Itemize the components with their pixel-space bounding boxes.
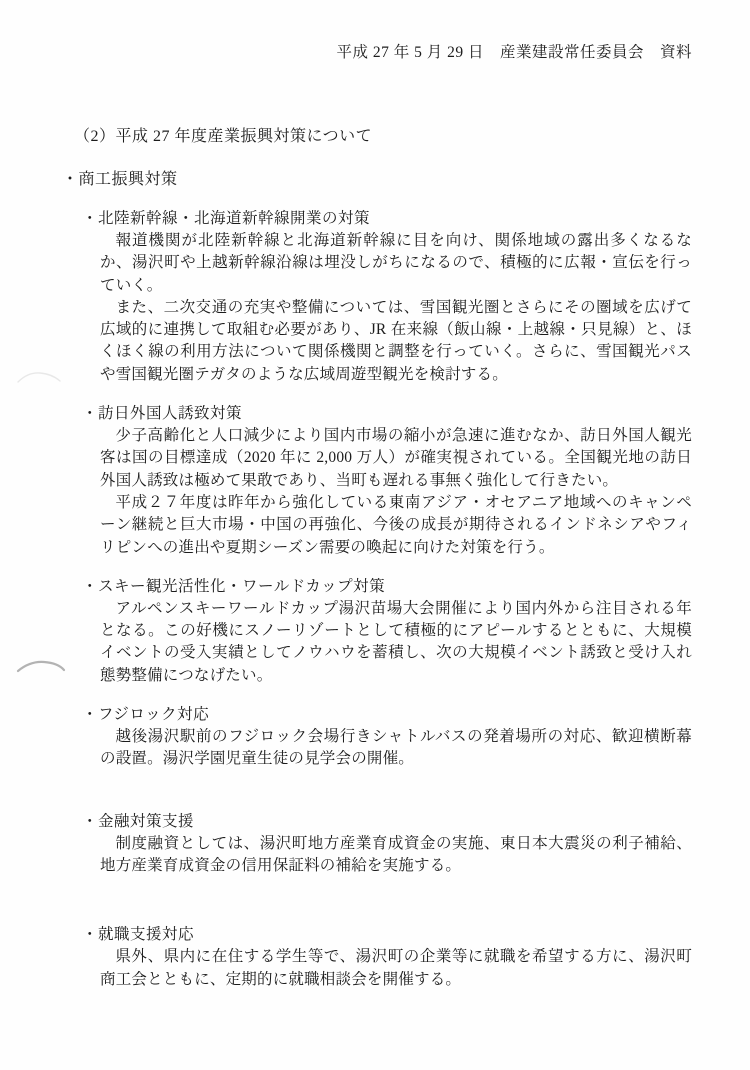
subsection-heading: ・就職支援対応 xyxy=(82,924,692,946)
body-paragraph: 平成２７年度は昨年から強化している東南アジア・オセアニア地域へのキャンペーン継続… xyxy=(100,492,692,559)
subsection-heading: ・スキー観光活性化・ワールドカップ対策 xyxy=(82,576,692,598)
body-paragraph: 越後湯沢駅前のフジロック会場行きシャトルバスの発着場所の対応、歓迎横断幕の設置。… xyxy=(100,726,692,771)
body-paragraph: 制度融資としては、湯沢町地方産業育成資金の実施、東日本大震災の利子補給、地方産業… xyxy=(100,833,692,878)
subsection-heading: ・金融対策支援 xyxy=(82,811,692,833)
scan-smudge-artifact xyxy=(14,368,66,390)
subsection-inbound-tourism: ・訪日外国人誘致対策 少子高齢化と人口減少により国内市場の縮小が急速に進むなか、… xyxy=(60,403,692,559)
subsection-heading: ・北陸新幹線・北海道新幹線開業の対策 xyxy=(82,208,692,230)
document-page: 平成 27 年 5 月 29 日 産業建設常任委員会 資料 （2）平成 27 年… xyxy=(0,0,750,1070)
body-paragraph: 県外、県内に在住する学生等で、湯沢町の企業等に就職を希望する方に、湯沢町商工会と… xyxy=(100,946,692,991)
body-paragraph: 少子高齢化と人口減少により国内市場の縮小が急速に進むなか、訪日外国人観光客は国の… xyxy=(100,425,692,492)
body-paragraph: また、二次交通の充実や整備については、雪国観光圏とさらにその圏域を広げて広域的に… xyxy=(100,297,692,386)
subsection-heading: ・フジロック対応 xyxy=(82,704,692,726)
body-paragraph: 報道機関が北陸新幹線と北海道新幹線に目を向け、関係地域の露出多くなるなか、湯沢町… xyxy=(100,230,692,297)
subsection-finance-support: ・金融対策支援 制度融資としては、湯沢町地方産業育成資金の実施、東日本大震災の利… xyxy=(60,811,692,878)
subsection-heading: ・訪日外国人誘致対策 xyxy=(82,403,692,425)
subsection-fujirock: ・フジロック対応 越後湯沢駅前のフジロック会場行きシャトルバスの発着場所の対応、… xyxy=(60,704,692,771)
subsection-shinkansen: ・北陸新幹線・北海道新幹線開業の対策 報道機関が北陸新幹線と北海道新幹線に目を向… xyxy=(60,208,692,386)
subsection-ski-worldcup: ・スキー観光活性化・ワールドカップ対策 アルペンスキーワールドカップ湯沢苗場大会… xyxy=(60,576,692,687)
page-title: （2）平成 27 年度産業振興対策について xyxy=(74,126,692,148)
body-paragraph: アルペンスキーワールドカップ湯沢苗場大会開催により国内外から注目される年となる。… xyxy=(100,598,692,687)
section-title-shoko-shinko: ・商工振興対策 xyxy=(62,169,692,191)
document-header-dateline: 平成 27 年 5 月 29 日 産業建設常任委員会 資料 xyxy=(60,40,692,64)
subsection-employment-support: ・就職支援対応 県外、県内に在住する学生等で、湯沢町の企業等に就職を希望する方に… xyxy=(60,924,692,991)
